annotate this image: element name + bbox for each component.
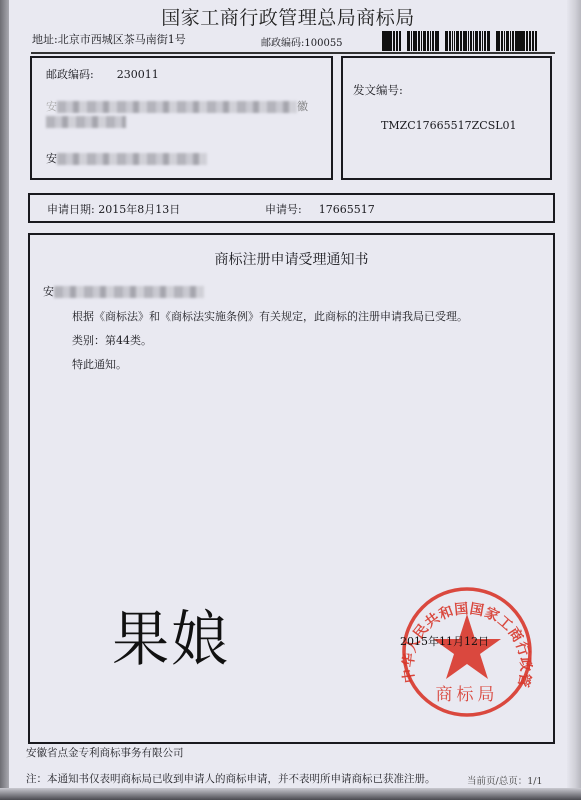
application-number-label: 申请号: bbox=[265, 203, 302, 216]
addressee-prefix: 安 bbox=[43, 285, 54, 298]
redacted-name bbox=[57, 153, 207, 165]
application-info-box: 申请日期: 2015年8月13日 申请号: 17665517 bbox=[28, 193, 555, 223]
issuer-postcode: 邮政编码:100055 bbox=[261, 34, 343, 49]
issuer-title: 国家工商行政管理总局商标局 bbox=[9, 3, 567, 30]
recipient-postcode-value: 230011 bbox=[117, 68, 159, 81]
address-start: 安 bbox=[46, 100, 57, 113]
document-number-value: TMZC17665517ZCSL01 bbox=[381, 119, 517, 132]
header-rule bbox=[31, 52, 555, 54]
redacted-address bbox=[57, 101, 297, 113]
agency-name: 安徽省点金专利商标事务有限公司 bbox=[26, 745, 184, 760]
document-number-box: 发文编号: TMZC17665517ZCSL01 bbox=[341, 56, 552, 180]
svg-text:商标局: 商标局 bbox=[436, 685, 499, 705]
redacted-addressee bbox=[54, 286, 204, 298]
page-indicator: 当前页/总页：1/1 bbox=[467, 773, 543, 787]
address-end: 徽 bbox=[297, 100, 308, 113]
name-prefix: 安 bbox=[46, 152, 57, 165]
document-number-label: 发文编号: bbox=[353, 82, 403, 98]
recipient-box: 邮政编码: 230011 安徽 安 bbox=[30, 56, 333, 180]
notice-addressee: 安 bbox=[43, 283, 204, 299]
redacted-address-line2 bbox=[46, 116, 126, 128]
notice-box: 商标注册申请受理通知书 安 根据《商标法》和《商标法实施条例》有关规定，此商标的… bbox=[28, 233, 555, 744]
notice-title: 商标注册申请受理通知书 bbox=[30, 249, 553, 269]
document-page: 国家工商行政管理总局商标局 地址:北京市西城区茶马南街1号 邮政编码:10005… bbox=[9, 0, 567, 790]
recipient-name: 安 bbox=[46, 150, 207, 166]
scan-edge-right bbox=[567, 0, 581, 800]
notice-body: 根据《商标法》和《商标法实施条例》有关规定，此商标的注册申请我局已受理。 bbox=[72, 308, 468, 324]
barcode-icon bbox=[382, 31, 562, 51]
scan-edge-left bbox=[0, 0, 9, 800]
recipient-postcode-label: 邮政编码: bbox=[46, 68, 94, 81]
application-number-value: 17665517 bbox=[319, 203, 375, 216]
notice-category: 类别：第44类。 bbox=[72, 332, 152, 348]
footer-note: 注：本通知书仅表明商标局已收到申请人的商标申请，并不表明所申请商标已获准注册。 bbox=[26, 771, 436, 786]
application-date-label: 申请日期: bbox=[47, 203, 95, 216]
issuer-address: 地址:北京市西城区茶马南街1号 bbox=[32, 31, 186, 47]
official-seal-icon: 中华人民共和国国家工商行政管理总局 商标局 bbox=[391, 582, 541, 718]
seal-date: 2015年11月12日 bbox=[400, 633, 489, 649]
scan-edge-bottom bbox=[0, 788, 581, 800]
application-date-value: 2015年8月13日 bbox=[98, 203, 180, 216]
recipient-address: 安徽 bbox=[46, 98, 326, 128]
notice-closing: 特此通知。 bbox=[72, 356, 127, 372]
trademark-image: 果娘 bbox=[112, 592, 230, 678]
